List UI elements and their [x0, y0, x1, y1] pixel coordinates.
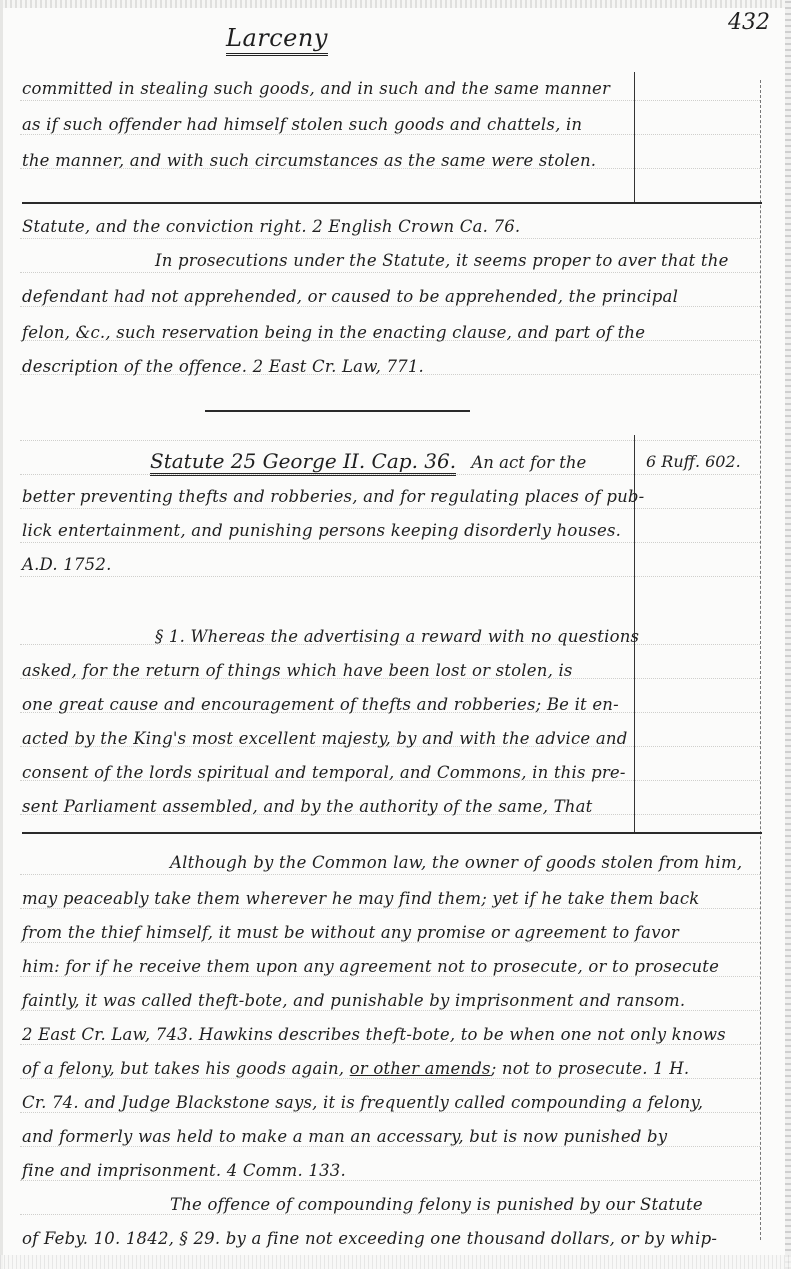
text-segment: of a felony, but takes his goods again, [22, 1059, 350, 1078]
text-line: from the thief himself, it must be witho… [22, 922, 679, 944]
text-line: the manner, and with such circumstances … [22, 150, 596, 172]
text-line: Statute, and the conviction right. 2 Eng… [22, 216, 520, 238]
statute-name: Statute 25 George II. Cap. 36. [150, 449, 456, 476]
section-divider-commentary [22, 832, 762, 834]
text-line: consent of the lords spiritual and tempo… [22, 762, 626, 784]
text-line: fine and imprisonment. 4 Comm. 133. [22, 1160, 346, 1182]
text-line: acted by the King's most excellent majes… [22, 728, 627, 750]
text-line: 2 East Cr. Law, 743. Hawkins describes t… [22, 1024, 726, 1046]
text-line: lick entertainment, and punishing person… [22, 520, 621, 542]
text-line: defendant had not apprehended, or caused… [22, 286, 678, 308]
section-divider-short [205, 410, 470, 412]
text-line: description of the offence. 2 East Cr. L… [22, 356, 424, 378]
text-line: Cr. 74. and Judge Blackstone says, it is… [22, 1092, 703, 1114]
statute-heading-rest: An act for the [471, 453, 586, 472]
text-line: sent Parliament assembled, and by the au… [22, 796, 593, 818]
text-line: The offence of compounding felony is pun… [170, 1194, 703, 1216]
text-line: § 1. Whereas the advertising a reward wi… [155, 626, 639, 648]
page-edge-top [0, 0, 791, 8]
section-divider-top [22, 202, 762, 204]
text-line: better preventing thefts and robberies, … [22, 486, 644, 508]
text-line: faintly, it was called theft-bote, and p… [22, 990, 685, 1012]
statute-heading: Statute 25 George II. Cap. 36. An act fo… [150, 450, 586, 474]
text-line: In prosecutions under the Statute, it se… [155, 250, 729, 272]
page-edge-bottom [0, 1255, 791, 1269]
margin-citation: 6 Ruff. 602. [646, 452, 741, 471]
margin-column-rule-top [634, 72, 635, 202]
page-number: 432 [728, 10, 770, 35]
text-line: one great cause and encouragement of the… [22, 694, 619, 716]
outer-margin-rule [760, 80, 761, 1240]
text-line: Although by the Common law, the owner of… [170, 852, 742, 874]
text-line: and formerly was held to make a man an a… [22, 1126, 667, 1148]
page-edge-right [785, 0, 791, 1269]
underlined-text: or other amends [350, 1059, 491, 1078]
text-line: as if such offender had himself stolen s… [22, 114, 582, 136]
text-line: him: for if he receive them upon any agr… [22, 956, 719, 978]
page-heading: Larceny [226, 24, 328, 56]
text-line: of Feby. 10. 1842, § 29. by a fine not e… [22, 1228, 717, 1250]
text-line: committed in stealing such goods, and in… [22, 78, 610, 100]
text-line: A.D. 1752. [22, 554, 112, 576]
page-edge-left [0, 0, 3, 1269]
text-segment: ; not to prosecute. 1 H. [491, 1059, 690, 1078]
text-line: of a felony, but takes his goods again, … [22, 1058, 689, 1080]
text-line: may peaceably take them wherever he may … [22, 888, 699, 910]
text-line: asked, for the return of things which ha… [22, 660, 573, 682]
text-line: felon, &c., such reservation being in th… [22, 322, 645, 344]
